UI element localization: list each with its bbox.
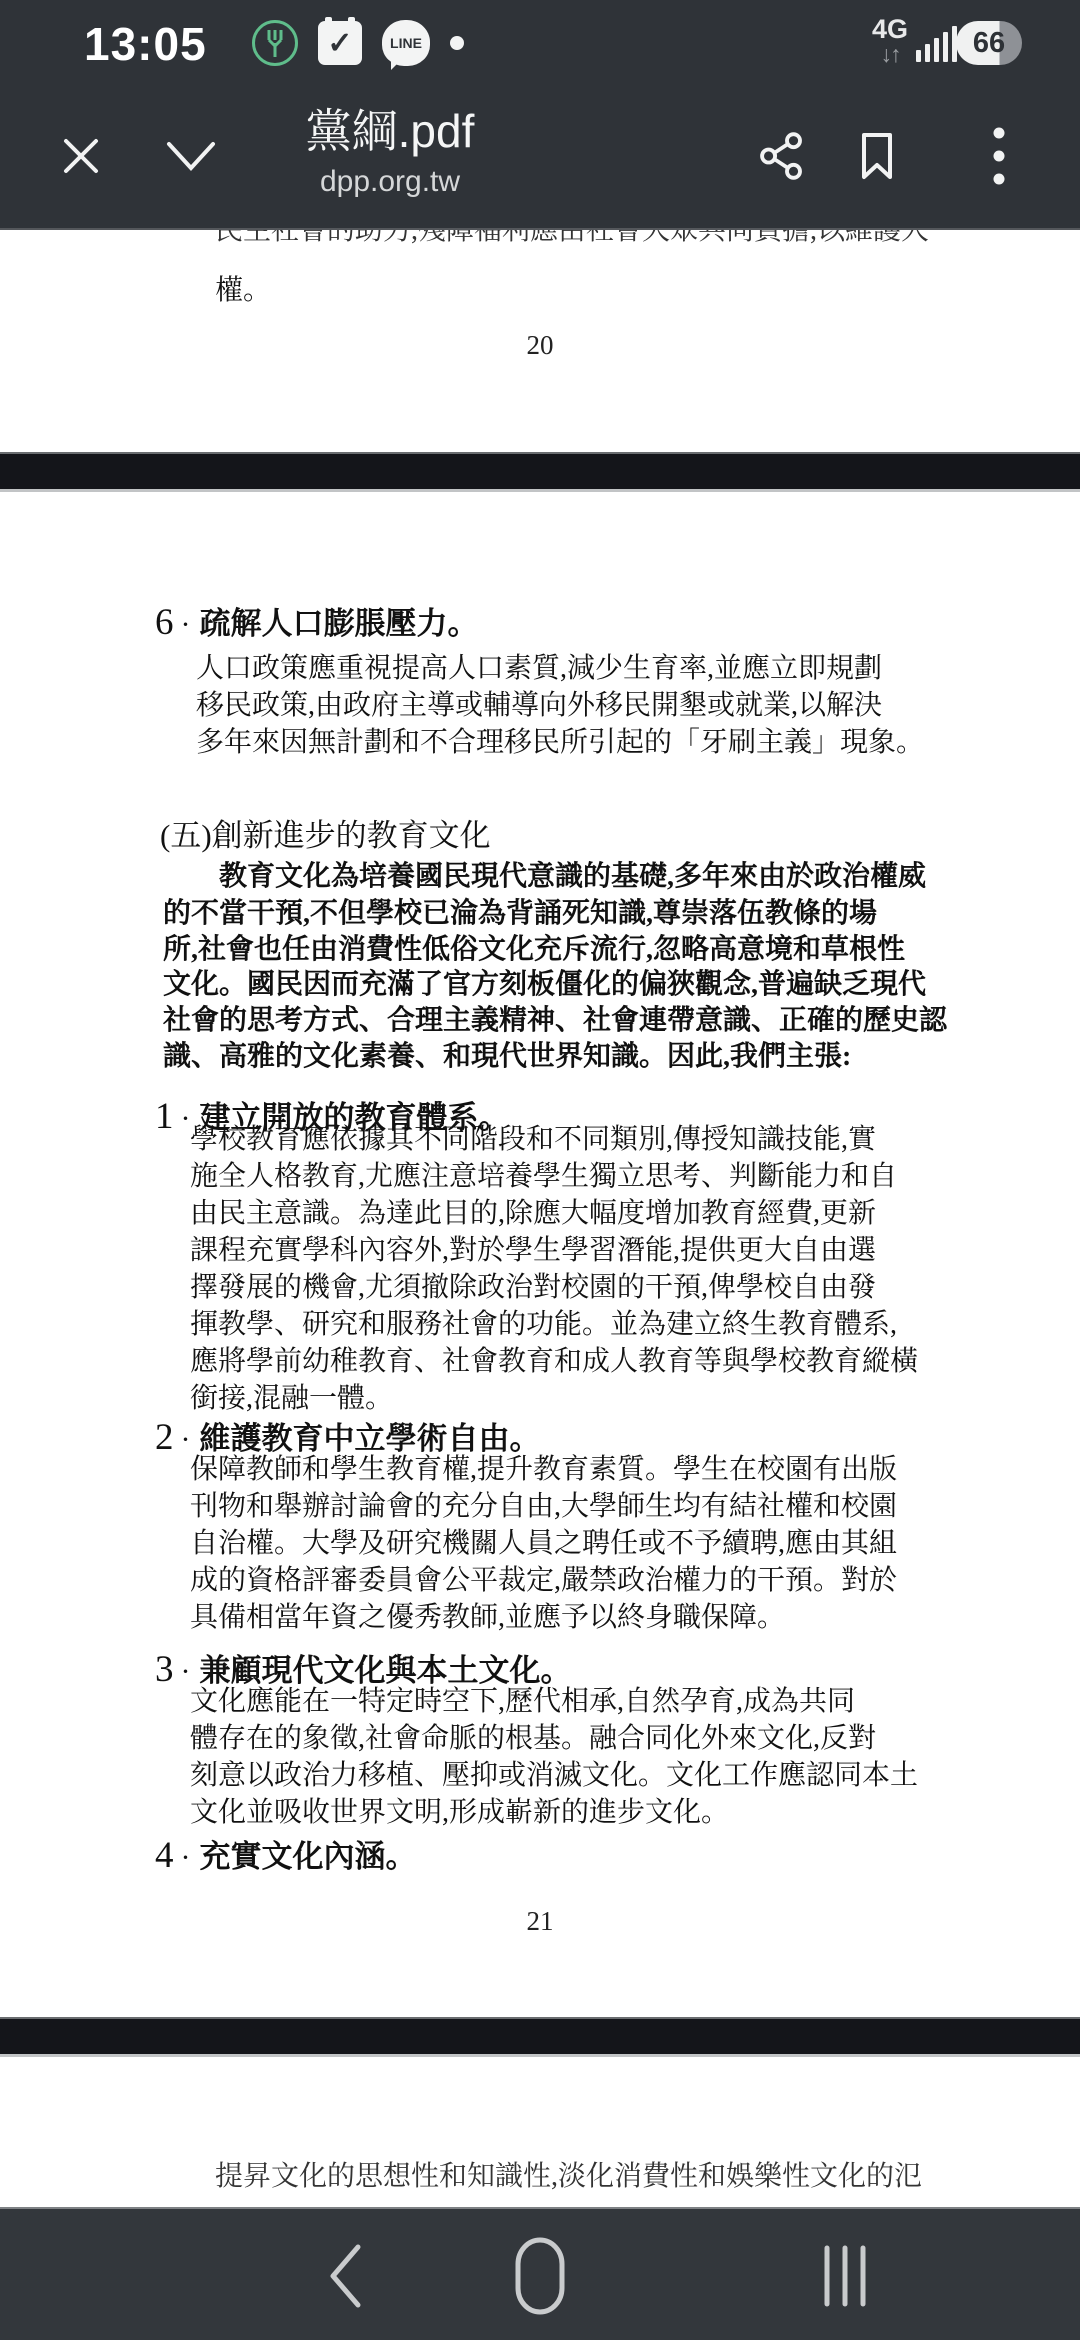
section5-intro-line: 所,社會也任由消費性低俗文化充斥流行,忽略高意境和草根性: [163, 931, 905, 968]
document-title-block: 黨綱.pdf dpp.org.tw: [240, 102, 540, 204]
item3-line: 文化應能在一特定時空下,歷代相承,自然孕育,成為共同: [190, 1683, 855, 1720]
item1-line: 由民主意識。為達此目的,除應大幅度增加教育經費,更新: [190, 1195, 876, 1232]
battery-indicator: 66: [956, 21, 1022, 65]
recent-apps-icon: [822, 2244, 868, 2308]
item4-bullet: ·: [181, 1841, 191, 1875]
network-type-label: 4G: [872, 16, 908, 43]
item2-line: 成的資格評審委員會公平裁定,嚴禁政治權力的干預。對於: [190, 1562, 897, 1599]
item6-title: 疏解人口膨脹壓力。: [200, 598, 479, 643]
page20-last-line: 權。: [215, 272, 271, 309]
notification-dot-icon: [450, 36, 464, 50]
item6-bullet: ·: [181, 608, 191, 642]
line-logo-text: LINE: [390, 35, 422, 51]
item1-line: 銜接,混融一體。: [190, 1380, 393, 1417]
pdf-viewport[interactable]: 民主社會的助力,殘障福利應由社會大眾共同負擔,以維護人 權。 20 6 · 疏解…: [0, 230, 1080, 2207]
data-transfer-arrows-icon: ↓↑: [872, 43, 908, 66]
section5-heading: (五)創新進步的教育文化: [160, 814, 491, 858]
pdf-viewer-header: 黨綱.pdf dpp.org.tw: [0, 84, 1080, 228]
item4-heading: 4 · 充實文化內涵。: [155, 1831, 417, 1877]
item6-line: 多年來因無計劃和不合理移民所引起的「牙刷主義」現象。: [196, 724, 924, 761]
page-title: 黨綱.pdf: [240, 102, 540, 160]
home-squircle-icon: [515, 2237, 565, 2315]
item1-line: 揮教學、研究和服務社會的功能。並為建立終生教育體系,: [190, 1306, 897, 1343]
page20-page-number: 20: [0, 330, 1080, 361]
page20-clipped-line: 民主社會的助力,殘障福利應由社會大眾共同負擔,以維護人: [215, 230, 929, 249]
item2-line: 自治權。大學及研究機關人員之聘任或不予續聘,應由其組: [190, 1525, 897, 1562]
share-button[interactable]: [737, 84, 827, 228]
item4-title: 充實文化內涵。: [200, 1831, 417, 1876]
notification-icons: ✓ LINE: [252, 20, 464, 66]
calendar-check-notification-icon: ✓: [318, 21, 362, 65]
network-indicator: 4G ↓↑: [872, 16, 908, 66]
item3-bullet: ·: [181, 1655, 191, 1689]
more-vertical-icon: [992, 125, 1006, 187]
document-source: dpp.org.tw: [240, 160, 540, 204]
item2-line: 刊物和舉辦討論會的充分自由,大學師生均有結社權和校園: [190, 1488, 897, 1525]
recents-button[interactable]: [765, 2209, 925, 2340]
section5-intro-line: 教育文化為培養國民現代意識的基礎,多年來由於政治權威: [219, 858, 926, 895]
item3-line: 刻意以政治力移植、壓抑或消滅文化。文化工作應認同本土: [190, 1757, 918, 1794]
overflow-menu-button[interactable]: [954, 84, 1044, 228]
item6-number: 6: [155, 601, 174, 644]
bookmark-icon: [858, 131, 896, 181]
page21-page-number: 21: [0, 1906, 1080, 1937]
item1-number: 1: [155, 1095, 174, 1138]
status-clock: 13:05: [84, 17, 207, 71]
item1-bullet: ·: [181, 1102, 191, 1136]
item6-line: 移民政策,由政府主導或輔導向外移民開墾或就業,以解決: [196, 687, 882, 724]
back-chevron-icon: [325, 2243, 365, 2309]
section5-intro-line: 社會的思考方式、合理主義精神、社會連帶意識、正確的歷史認: [163, 1002, 947, 1039]
chevron-down-icon: [165, 140, 217, 172]
item1-line: 課程充實學科內容外,對於學生學習潛能,提供更大自由選: [190, 1232, 876, 1269]
item3-line: 文化並吸收世界文明,形成嶄新的進步文化。: [190, 1794, 729, 1831]
status-bar: 13:05 ✓ LINE 4G: [0, 0, 1080, 84]
item6-line: 人口政策應重視提高人口素質,減少生育率,並應立即規劃: [196, 650, 882, 687]
item2-number: 2: [155, 1416, 174, 1459]
item2-line: 保障教師和學生教育權,提升教育素質。學生在校園有出版: [190, 1451, 897, 1488]
collapse-button[interactable]: [146, 84, 236, 228]
item1-line: 學校教育應依據其不同階段和不同類別,傳授知識技能,實: [190, 1121, 876, 1158]
close-icon: [58, 133, 104, 179]
item1-line: 擇發展的機會,尤須撤除政治對校園的干預,俾學校自由發: [190, 1269, 876, 1306]
section5-intro-line: 識、高雅的文化素養、和現代世界知識。因此,我們主張:: [163, 1038, 851, 1075]
fork-icon: [262, 28, 288, 58]
navigation-bar: [0, 2207, 1080, 2340]
share-icon: [759, 131, 805, 181]
section5-intro-line: 文化。國民因而充滿了官方刻板僵化的偏狹觀念,普遍缺乏現代: [163, 966, 926, 1003]
section5-intro-line: 的不當干預,不但學校已淪為背誦死知識,尊崇落伍教條的場: [163, 895, 877, 932]
phone-screen: 13:05 ✓ LINE 4G: [0, 0, 1080, 2340]
item3-number: 3: [155, 1648, 174, 1691]
item1-line: 施全人格教育,尤應注意培養學生獨立思考、判斷能力和自: [190, 1158, 897, 1195]
line-messenger-notification-icon: LINE: [382, 20, 430, 66]
top-chrome: 13:05 ✓ LINE 4G: [0, 0, 1080, 230]
item6-heading: 6 · 疏解人口膨脹壓力。: [155, 598, 479, 644]
item3-line: 體存在的象徵,社會命脈的根基。融合同化外來文化,反對: [190, 1720, 876, 1757]
page-gap-divider: [0, 452, 1080, 492]
bookmark-button[interactable]: [832, 84, 922, 228]
item1-line: 應將學前幼稚教育、社會教育和成人教育等與學校教育縱橫: [190, 1343, 918, 1380]
battery-percent: 66: [973, 27, 1005, 60]
signal-strength-icon: [916, 26, 957, 62]
page22-clipped-line: 提昇文化的思想性和知識性,淡化消費性和娛樂性文化的氾: [215, 2158, 922, 2195]
food-app-notification-icon: [252, 20, 298, 66]
item4-number: 4: [155, 1834, 174, 1877]
close-button[interactable]: [36, 84, 126, 228]
home-button[interactable]: [460, 2209, 620, 2340]
item2-line: 具備相當年資之優秀教師,並應予以終身職保障。: [190, 1599, 785, 1636]
item2-bullet: ·: [181, 1423, 191, 1457]
back-button[interactable]: [265, 2209, 425, 2340]
page-gap-divider: [0, 2017, 1080, 2057]
